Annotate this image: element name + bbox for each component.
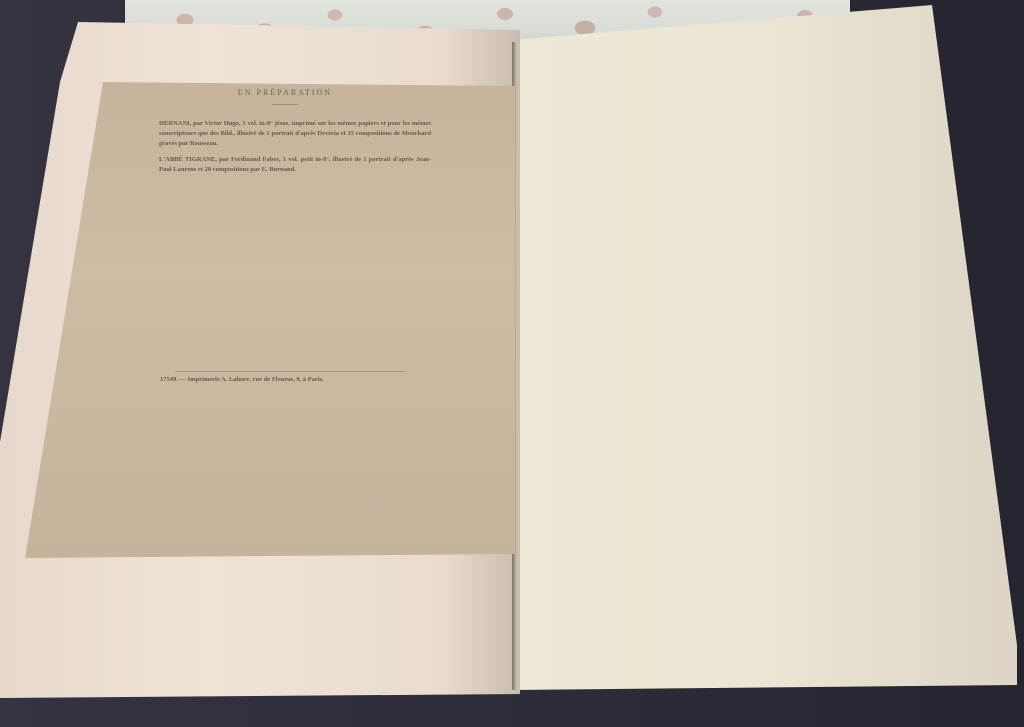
heading-rule — [272, 104, 298, 105]
imprint-line: 17549. — Imprimerie A. Lahure, rue de Fl… — [160, 376, 324, 383]
insert-text-block: EN PRÉPARATION HERNANI, par Victor Hugo,… — [125, 82, 445, 175]
right-blank-page — [512, 5, 1017, 690]
photo-frame: EN PRÉPARATION HERNANI, par Victor Hugo,… — [0, 0, 1024, 727]
imprint-rule — [175, 371, 405, 372]
entry-abbe-tigrane: L'ABBÉ TIGRANE, par Ferdinand Fabre, 1 v… — [159, 155, 431, 175]
insert-heading: EN PRÉPARATION — [125, 88, 445, 97]
entry-hernani: HERNANI, par Victor Hugo, 1 vol. in-8° j… — [159, 119, 431, 149]
